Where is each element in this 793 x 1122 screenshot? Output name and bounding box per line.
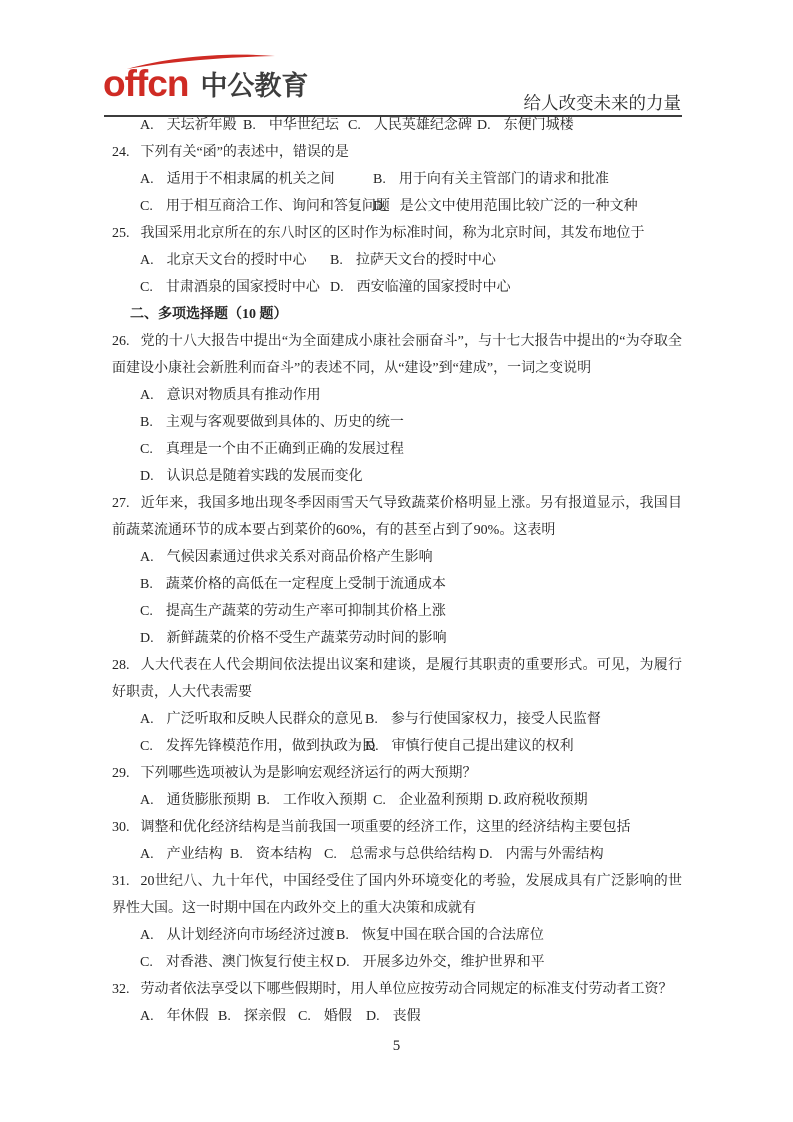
option: C.企业盈利预期 <box>373 787 488 814</box>
option: C.甘肃酒泉的国家授时中心 <box>140 274 330 301</box>
question-stem: 31.20世纪八、九十年代，中国经受住了国内外环境变化的考验，发展成具有广泛影响… <box>112 868 682 922</box>
option-text: 发挥先锋模范作用，做到执政为民 <box>166 739 376 754</box>
option-label: A. <box>140 847 154 862</box>
option-text: 甘肃酒泉的国家授时中心 <box>166 280 320 295</box>
option-text: 探亲假 <box>244 1009 286 1024</box>
option-text: 恢复中国在联合国的合法席位 <box>362 928 544 943</box>
question-stem: 26.党的十八大报告中提出“为全面建成小康社会丽奋斗”，与十七大报告中提出的“为… <box>112 328 682 382</box>
question-text: 我国采用北京所在的东八时区的区时作为标准时间，称为北京时间，其发布地位于 <box>141 226 645 241</box>
option-text: 总需求与总供给结构 <box>350 847 476 862</box>
brand-latin: offcn <box>103 67 188 100</box>
options-row: D.新鲜蔬菜的价格不受生产蔬菜劳动时间的影响 <box>112 625 682 652</box>
question-text: 下列有关“函”的表述中，错误的是 <box>141 145 349 160</box>
question-31: 31.20世纪八、九十年代，中国经受住了国内外环境变化的考验，发展成具有广泛影响… <box>112 868 682 976</box>
option-text: 拉萨天文台的授时中心 <box>356 253 496 268</box>
option: D.东便门城楼 <box>477 112 574 139</box>
option-label: A. <box>140 388 154 403</box>
question-number: 26. <box>112 334 130 349</box>
offcn-logo: offcn 中公教育 <box>103 50 308 100</box>
options-row: A.广泛听取和反映人民群众的意见 B.参与行使国家权力，接受人民监督 <box>112 706 682 733</box>
option-label: D. <box>140 469 154 484</box>
option: D.是公文中使用范围比较广泛的一种文种 <box>373 193 638 220</box>
question-stem: 32.劳动者依法享受以下哪些假期时，用人单位应按劳动合同规定的标准支付劳动者工资… <box>112 976 682 1003</box>
option: D.内需与外需结构 <box>479 841 604 868</box>
option-label: B. <box>218 1009 231 1024</box>
option-label: A. <box>140 172 154 187</box>
option-label: C. <box>140 199 153 214</box>
option: A.天坛祈年殿 <box>140 112 243 139</box>
option-label: D. <box>140 631 154 646</box>
option-text: 人民英雄纪念碑 <box>374 118 472 133</box>
page-number: 5 <box>0 1038 793 1055</box>
option: A.年休假 <box>140 1003 218 1030</box>
option: B.拉萨天文台的授时中心 <box>330 247 496 274</box>
option: B.用于向有关主管部门的请求和批准 <box>373 166 609 193</box>
option: D.认识总是随着实践的发展而变化 <box>140 463 363 490</box>
question-text: 调整和优化经济结构是当前我国一项重要的经济工作，这里的经济结构主要包括 <box>141 820 631 835</box>
option-text: 西安临潼的国家授时中心 <box>357 280 511 295</box>
option: D.开展多边外交，维护世界和平 <box>336 949 545 976</box>
option-text: 对香港、澳门恢复行使主权 <box>166 955 334 970</box>
option-text: 新鲜蔬菜的价格不受生产蔬菜劳动时间的影响 <box>167 631 447 646</box>
question-number: 25. <box>112 226 130 241</box>
option: C.对香港、澳门恢复行使主权 <box>140 949 336 976</box>
option-text: 天坛祈年殿 <box>167 118 237 133</box>
question-number: 24. <box>112 145 130 160</box>
option: C.人民英雄纪念碑 <box>348 112 477 139</box>
option-text: 主观与客观要做到具体的、历史的统一 <box>166 415 404 430</box>
option: C.发挥先锋模范作用，做到执政为民 <box>140 733 365 760</box>
option-label: D. <box>477 118 491 133</box>
question-24: 24.下列有关“函”的表述中，错误的是 A.适用于不相隶属的机关之间 B.用于向… <box>112 139 682 220</box>
question-27: 27.近年来，我国多地出现冬季因雨雪天气导致蔬菜价格明显上涨。另有报道显示，我国… <box>112 490 682 652</box>
option-text: 认识总是随着实践的发展而变化 <box>167 469 363 484</box>
option-text: 北京天文台的授时中心 <box>167 253 307 268</box>
option-text: 年休假 <box>167 1009 209 1024</box>
option-label: A. <box>140 118 154 133</box>
option: B.中华世纪坛 <box>243 112 348 139</box>
option-label: D. <box>488 793 502 808</box>
option: A.广泛听取和反映人民群众的意见 <box>140 706 365 733</box>
options-row: A.产业结构 B.资本结构 C.总需求与总供给结构 D.内需与外需结构 <box>112 841 682 868</box>
options-row: B.蔬菜价格的高低在一定程度上受制于流通成本 <box>112 571 682 598</box>
option-text: 用于相互商洽工作、询问和答复问题 <box>166 199 390 214</box>
option: A.从计划经济向市场经济过渡 <box>140 922 336 949</box>
options-row: A.气候因素通过供求关系对商品价格产生影响 <box>112 544 682 571</box>
option-text: 中华世纪坛 <box>269 118 339 133</box>
option: A.意识对物质具有推动作用 <box>140 382 321 409</box>
option-text: 产业结构 <box>167 847 223 862</box>
option: A.产业结构 <box>140 841 230 868</box>
question-number: 28. <box>112 658 130 673</box>
option: C.真理是一个由不正确到正确的发展过程 <box>140 436 404 463</box>
exam-content: A.天坛祈年殿 B.中华世纪坛 C.人民英雄纪念碑 D.东便门城楼 24.下列有… <box>112 112 682 1030</box>
options-row: C.对香港、澳门恢复行使主权 D.开展多边外交，维护世界和平 <box>112 949 682 976</box>
option: C.总需求与总供给结构 <box>324 841 479 868</box>
option-label: C. <box>140 280 153 295</box>
option-text: 提高生产蔬菜的劳动生产率可抑制其价格上涨 <box>166 604 446 619</box>
question-number: 32. <box>112 982 130 997</box>
option-text: 气候因素通过供求关系对商品价格产生影响 <box>167 550 433 565</box>
option-label: C. <box>140 442 153 457</box>
option-label: B. <box>373 172 386 187</box>
option-label: C. <box>298 1009 311 1024</box>
option-text: 工作收入预期 <box>283 793 367 808</box>
options-row: C.发挥先锋模范作用，做到执政为民 D.审慎行使自己提出建议的权利 <box>112 733 682 760</box>
option: D.审慎行使自己提出建议的权利 <box>365 733 574 760</box>
option-text: 婚假 <box>324 1009 352 1024</box>
option-text: 蔬菜价格的高低在一定程度上受制于流通成本 <box>166 577 446 592</box>
option-label: C. <box>373 793 386 808</box>
brand-chinese: 中公教育 <box>200 73 308 100</box>
option-label: A. <box>140 253 154 268</box>
option: B.工作收入预期 <box>257 787 373 814</box>
option: B.参与行使国家权力，接受人民监督 <box>365 706 601 733</box>
option-label: C. <box>140 955 153 970</box>
option-text: 从计划经济向市场经济过渡 <box>167 928 335 943</box>
option-label: B. <box>330 253 343 268</box>
option-text: 适用于不相隶属的机关之间 <box>167 172 335 187</box>
option: C.提高生产蔬菜的劳动生产率可抑制其价格上涨 <box>140 598 446 625</box>
question-stem: 30.调整和优化经济结构是当前我国一项重要的经济工作，这里的经济结构主要包括 <box>112 814 682 841</box>
option: B.蔬菜价格的高低在一定程度上受制于流通成本 <box>140 571 446 598</box>
option-text: 真理是一个由不正确到正确的发展过程 <box>166 442 404 457</box>
option-label: A. <box>140 1009 154 1024</box>
options-row: D.认识总是随着实践的发展而变化 <box>112 463 682 490</box>
option-label: B. <box>336 928 349 943</box>
question-number: 29. <box>112 766 130 781</box>
exam-page: offcn 中公教育 给人改变未来的力量 A.天坛祈年殿 B.中华世纪坛 C.人… <box>0 0 793 1122</box>
option: D.丧假 <box>366 1003 421 1030</box>
options-row: C.提高生产蔬菜的劳动生产率可抑制其价格上涨 <box>112 598 682 625</box>
question-number: 31. <box>112 874 130 889</box>
options-row: C.用于相互商洽工作、询问和答复问题 D.是公文中使用范围比较广泛的一种文种 <box>112 193 682 220</box>
option-label: A. <box>140 712 154 727</box>
option-text: 内需与外需结构 <box>506 847 604 862</box>
option-text: 开展多边外交，维护世界和平 <box>363 955 545 970</box>
option-text: 参与行使国家权力，接受人民监督 <box>391 712 601 727</box>
option-label: C. <box>324 847 337 862</box>
option-label: B. <box>140 577 153 592</box>
option-label: B. <box>230 847 243 862</box>
option-label: B. <box>243 118 256 133</box>
option-label: C. <box>140 604 153 619</box>
option: C.用于相互商洽工作、询问和答复问题 <box>140 193 373 220</box>
option-label: D. <box>479 847 493 862</box>
option-label: B. <box>257 793 270 808</box>
options-row: A.年休假 B.探亲假 C.婚假 D.丧假 <box>112 1003 682 1030</box>
logo-swoosh-icon <box>125 52 277 70</box>
section-title: 二、多项选择题（10 题） <box>112 301 682 328</box>
option: B.恢复中国在联合国的合法席位 <box>336 922 544 949</box>
question-text: 劳动者依法享受以下哪些假期时，用人单位应按劳动合同规定的标准支付劳动者工资？ <box>141 982 673 997</box>
option-label: D. <box>365 739 379 754</box>
question-text: 人大代表在人代会期间依法提出议案和建谈，是履行其职责的重要形式。可见，为履行好职… <box>112 658 682 700</box>
option-label: A. <box>140 928 154 943</box>
option-text: 审慎行使自己提出建议的权利 <box>392 739 574 754</box>
carryover-options-row: A.天坛祈年殿 B.中华世纪坛 C.人民英雄纪念碑 D.东便门城楼 <box>112 112 682 139</box>
option-label: D. <box>330 280 344 295</box>
option-label: C. <box>140 739 153 754</box>
option-label: A. <box>140 550 154 565</box>
option: D.西安临潼的国家授时中心 <box>330 274 511 301</box>
question-text: 党的十八大报告中提出“为全面建成小康社会丽奋斗”，与十七大报告中提出的“为夺取全… <box>112 334 682 376</box>
question-number: 27. <box>112 496 130 511</box>
option: A.通货膨胀预期 <box>140 787 257 814</box>
question-number: 30. <box>112 820 130 835</box>
option: D.政府税收预期 <box>488 787 588 814</box>
option: A.北京天文台的授时中心 <box>140 247 330 274</box>
option-label: B. <box>365 712 378 727</box>
question-stem: 29.下列哪些选项被认为是影响宏观经济运行的两大预期？ <box>112 760 682 787</box>
option: A.适用于不相隶属的机关之间 <box>140 166 373 193</box>
option-label: A. <box>140 793 154 808</box>
question-text: 20世纪八、九十年代，中国经受住了国内外环境变化的考验，发展成具有广泛影响的世界… <box>112 874 682 916</box>
option-text: 用于向有关主管部门的请求和批准 <box>399 172 609 187</box>
options-row: A.北京天文台的授时中心 B.拉萨天文台的授时中心 <box>112 247 682 274</box>
question-text: 近年来，我国多地出现冬季因雨雪天气导致蔬菜价格明显上涨。另有报道显示，我国目前蔬… <box>112 496 682 538</box>
options-row: C.真理是一个由不正确到正确的发展过程 <box>112 436 682 463</box>
question-30: 30.调整和优化经济结构是当前我国一项重要的经济工作，这里的经济结构主要包括 A… <box>112 814 682 868</box>
options-row: A.适用于不相隶属的机关之间 B.用于向有关主管部门的请求和批准 <box>112 166 682 193</box>
option-text: 政府税收预期 <box>504 793 588 808</box>
option-label: C. <box>348 118 361 133</box>
option-text: 资本结构 <box>256 847 312 862</box>
options-row: C.甘肃酒泉的国家授时中心 D.西安临潼的国家授时中心 <box>112 274 682 301</box>
option-text: 东便门城楼 <box>504 118 574 133</box>
option: B.探亲假 <box>218 1003 298 1030</box>
options-row: A.从计划经济向市场经济过渡 B.恢复中国在联合国的合法席位 <box>112 922 682 949</box>
question-stem: 25.我国采用北京所在的东八时区的区时作为标准时间，称为北京时间，其发布地位于 <box>112 220 682 247</box>
option-text: 是公文中使用范围比较广泛的一种文种 <box>400 199 638 214</box>
options-row: A.意识对物质具有推动作用 <box>112 382 682 409</box>
options-row: A.通货膨胀预期 B.工作收入预期 C.企业盈利预期 D.政府税收预期 <box>112 787 682 814</box>
option: A.气候因素通过供求关系对商品价格产生影响 <box>140 544 433 571</box>
option-text: 丧假 <box>393 1009 421 1024</box>
question-stem: 24.下列有关“函”的表述中，错误的是 <box>112 139 682 166</box>
question-stem: 27.近年来，我国多地出现冬季因雨雪天气导致蔬菜价格明显上涨。另有报道显示，我国… <box>112 490 682 544</box>
option-text: 企业盈利预期 <box>399 793 483 808</box>
question-29: 29.下列哪些选项被认为是影响宏观经济运行的两大预期？ A.通货膨胀预期 B.工… <box>112 760 682 814</box>
question-25: 25.我国采用北京所在的东八时区的区时作为标准时间，称为北京时间，其发布地位于 … <box>112 220 682 301</box>
question-stem: 28.人大代表在人代会期间依法提出议案和建谈，是履行其职责的重要形式。可见，为履… <box>112 652 682 706</box>
option: B.资本结构 <box>230 841 324 868</box>
option-text: 意识对物质具有推动作用 <box>167 388 321 403</box>
option-label: D. <box>366 1009 380 1024</box>
question-text: 下列哪些选项被认为是影响宏观经济运行的两大预期？ <box>141 766 477 781</box>
question-28: 28.人大代表在人代会期间依法提出议案和建谈，是履行其职责的重要形式。可见，为履… <box>112 652 682 760</box>
option-label: D. <box>373 199 387 214</box>
option-label: B. <box>140 415 153 430</box>
option-text: 广泛听取和反映人民群众的意见 <box>167 712 363 727</box>
question-32: 32.劳动者依法享受以下哪些假期时，用人单位应按劳动合同规定的标准支付劳动者工资… <box>112 976 682 1030</box>
question-26: 26.党的十八大报告中提出“为全面建成小康社会丽奋斗”，与十七大报告中提出的“为… <box>112 328 682 490</box>
option: B.主观与客观要做到具体的、历史的统一 <box>140 409 404 436</box>
options-row: B.主观与客观要做到具体的、历史的统一 <box>112 409 682 436</box>
option: C.婚假 <box>298 1003 366 1030</box>
option: D.新鲜蔬菜的价格不受生产蔬菜劳动时间的影响 <box>140 625 447 652</box>
option-label: D. <box>336 955 350 970</box>
option-text: 通货膨胀预期 <box>167 793 251 808</box>
